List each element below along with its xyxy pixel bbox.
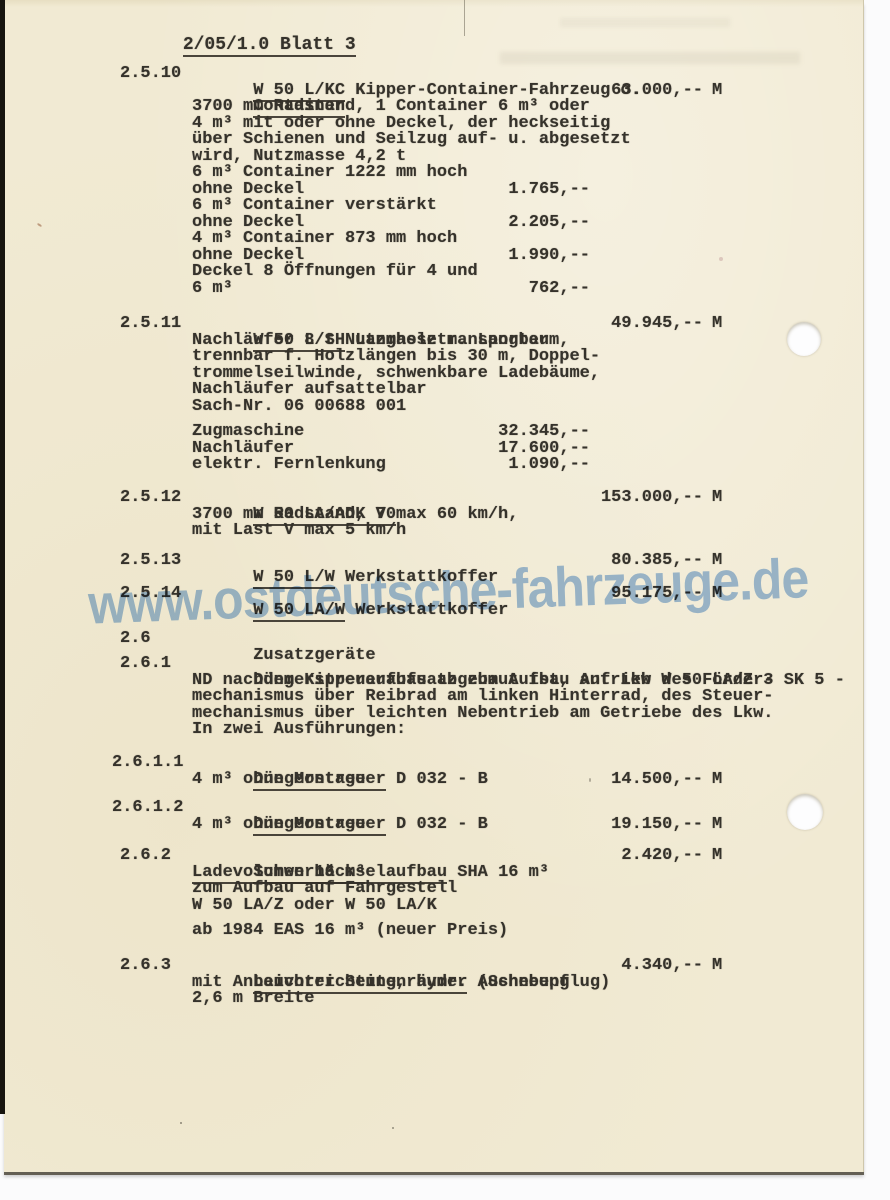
section-number: 2.6.1.1 — [112, 755, 183, 772]
text-line: In zwei Ausführungen: — [0, 722, 890, 739]
line-text: 6 m³ — [192, 279, 233, 298]
model-heading-line: 2.6.1.2Düngerstreuer D 032 - B — [0, 800, 890, 817]
currency-mark: M — [712, 490, 722, 507]
scan-artifact — [180, 1122, 182, 1124]
line-text: mit Last V max 5 km/h — [192, 521, 406, 540]
section-2-5-10: 2.5.10W 50 L/KC Kipper-Container-Fahrzeu… — [0, 66, 890, 297]
text-line: mit Last V max 5 km/h — [0, 523, 890, 540]
section-2-6-2: 2.6.2Schwerhäckselaufbau SHA 16 m³2.420,… — [0, 848, 890, 940]
text-line: über Schienen und Seilzug auf- u. abgese… — [0, 132, 890, 149]
section-2-6-1-1: 2.6.1.1Düngerstreuer D 032 - B 4 m³ ohne… — [0, 755, 890, 788]
punch-hole-bottom — [787, 794, 823, 830]
scan-artifact — [719, 257, 723, 261]
line-text: W 50 LA/Z oder W 50 LA/K — [192, 896, 437, 915]
line-text: 4 m³ ohne Montage — [192, 815, 365, 834]
section-2-5-11: 2.5.11W 50 L/SH Langholztransporter49.94… — [0, 316, 890, 474]
punch-hole-top — [787, 322, 821, 356]
text-line: 3700 mm Radstand, V max 60 km/h, — [0, 507, 890, 524]
line-text: 4 m³ ohne Montage — [192, 770, 365, 789]
scan-artifact — [392, 1127, 394, 1129]
price-value: 762,-- — [440, 281, 590, 298]
price-line: ohne Deckel1.765,-- — [0, 182, 890, 199]
line-text: ab 1984 EAS 16 m³ (neuer Preis) — [192, 921, 508, 940]
price-value: 14.500,-- — [558, 772, 703, 789]
text-line: Deckel 8 Öffnungen für 4 und — [0, 264, 890, 281]
text-line: mit Anbauvorrichtung, hydr. Aushebung — [0, 975, 890, 992]
price-value: 1.090,-- — [440, 457, 590, 474]
scanner-edge-strip — [0, 0, 5, 1114]
price-line: Zugmaschine32.345,-- — [0, 424, 890, 441]
text-line: 6 m³ Container verstärkt — [0, 198, 890, 215]
currency-mark: M — [712, 958, 722, 975]
price-line: elektr. Fernlenkung1.090,-- — [0, 457, 890, 474]
price-value: 1.765,-- — [440, 182, 590, 199]
text-line: trommelseilwinde, schwenkbare Ladebäume, — [0, 366, 890, 383]
text-line: zum Aufbau auf Fahrgestell — [0, 881, 890, 898]
model-heading-line: 2.6.1.1Düngerstreuer D 032 - B — [0, 755, 890, 772]
section-2-6-3: 2.6.3Leichter Seitenräumer (Schneepflug)… — [0, 958, 890, 1008]
line-text: elektr. Fernlenkung — [192, 455, 386, 474]
section-2-6-1: 2.6.1Düngerstreueraufsatz zum Aufbau auf… — [0, 656, 890, 739]
price-line: 6 m³762,-- — [0, 281, 890, 298]
price-value: 49.945,-- — [558, 316, 703, 333]
currency-mark: M — [712, 848, 722, 865]
doc-reference-line: 2/05/1.0 Blatt 3 — [0, 20, 890, 37]
doc-reference: 2/05/1.0 Blatt 3 — [183, 35, 356, 57]
line-text: 2,6 m Breite — [192, 989, 314, 1008]
price-value: 4.340,-- — [558, 958, 703, 975]
price-value: 2.205,-- — [440, 215, 590, 232]
price-line: 4 m³ ohne Montage14.500,--M — [0, 772, 890, 789]
currency-mark: M — [712, 83, 722, 100]
price-value: 19.150,-- — [558, 817, 703, 834]
section-number: 2.5.12 — [120, 490, 181, 507]
model-heading-line: 2.6.2Schwerhäckselaufbau SHA 16 m³2.420,… — [0, 848, 890, 865]
text-line: mechanismus über leichten Nebentrieb am … — [0, 706, 890, 723]
section-2-5-12: 2.5.12W 50 LA/ADK 70153.000,--M 3700 mm … — [0, 490, 890, 540]
text-line: W 50 LA/Z oder W 50 LA/K — [0, 898, 890, 915]
section-2-6-1-2: 2.6.1.2Düngerstreuer D 032 - B 4 m³ ohne… — [0, 800, 890, 833]
price-line: Nachläufer17.600,-- — [0, 441, 890, 458]
section-number: 2.5.10 — [120, 66, 181, 83]
scan-artifact — [464, 0, 465, 36]
model-heading-line: 2.5.10W 50 L/KC Kipper-Container-Fahrzeu… — [0, 66, 890, 83]
section-number: 2.6.3 — [120, 958, 171, 975]
text-line: 2,6 m Breite — [0, 991, 890, 1008]
text-line: Nachläufer aufsattelbar — [0, 382, 890, 399]
section-number: 2.5.13 — [120, 553, 181, 570]
text-line: ab 1984 EAS 16 m³ (neuer Preis) — [0, 923, 890, 940]
line-text: In zwei Ausführungen: — [192, 720, 406, 739]
currency-mark: M — [712, 817, 722, 834]
text-line: 6 m³ Container 1222 mm hoch — [0, 165, 890, 182]
text-line: 4 m³ Container 873 mm hoch — [0, 231, 890, 248]
section-number: 2.6.1.2 — [112, 800, 183, 817]
page-header: 2/05/1.0 Blatt 3 — [0, 20, 890, 37]
scanned-price-list-page: { "doc": { "reference": "2/05/1.0 Blatt … — [0, 0, 890, 1200]
currency-mark: M — [712, 316, 722, 333]
section-number: 2.6.2 — [120, 848, 171, 865]
price-value: 153.000,-- — [558, 490, 703, 507]
section-number: 2.6.1 — [120, 656, 171, 673]
text-line: Sach-Nr. 06 00688 001 — [0, 399, 890, 416]
section-number: 2.5.11 — [120, 316, 181, 333]
price-value: 2.420,-- — [558, 848, 703, 865]
price-line: 4 m³ ohne Montage19.150,--M — [0, 817, 890, 834]
scan-artifact — [589, 778, 591, 782]
line-text: Sach-Nr. 06 00688 001 — [192, 397, 406, 416]
currency-mark: M — [712, 772, 722, 789]
line-text: Deckel 8 Öffnungen für 4 und — [192, 262, 478, 281]
